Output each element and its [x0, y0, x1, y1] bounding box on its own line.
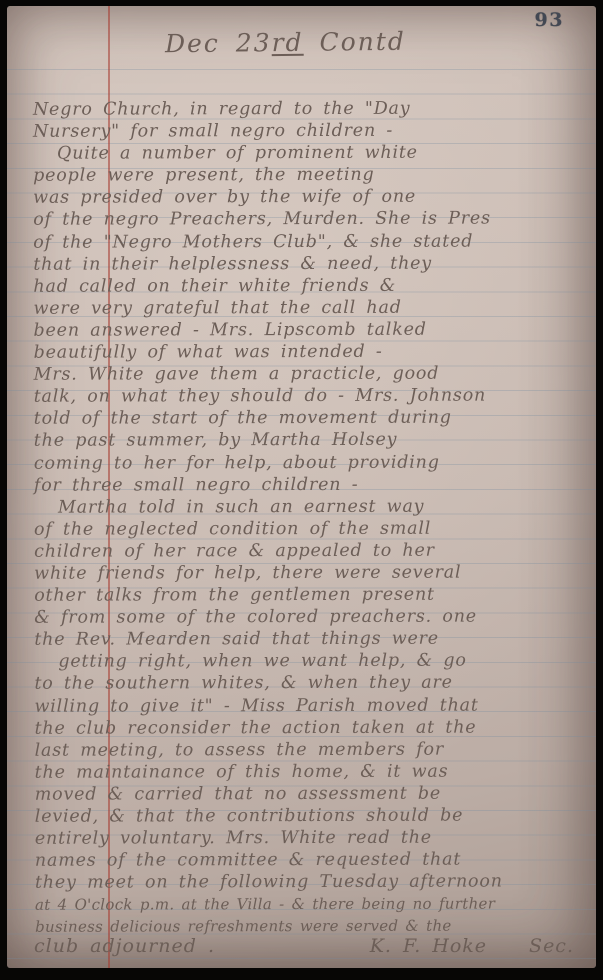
heading-contd: Contd	[303, 27, 406, 57]
handwriting-line: of the "Negro Mothers Club", & she state…	[33, 230, 591, 254]
heading-date: Dec 23	[165, 28, 272, 58]
handwriting-line: last meeting, to assess the members for	[35, 738, 593, 762]
handwriting-line: that in their helplessness & need, they	[33, 252, 591, 276]
handwriting-line: they meet on the following Tuesday after…	[35, 871, 593, 895]
handwriting-line: beautifully of what was intended -	[34, 340, 592, 364]
handwriting-line: white friends for help, there were sever…	[34, 561, 592, 585]
closing-text: club adjourned .	[34, 935, 215, 957]
handwriting-line: entirely voluntary. Mrs. White read the	[35, 826, 593, 850]
handwriting-line: the past summer, by Martha Holsey	[34, 429, 592, 453]
handwriting-line: Mrs. White gave them a practicle, good	[34, 362, 592, 386]
handwriting-line: children of her race & appealed to her	[34, 539, 592, 563]
handwriting-line: at 4 O'clock p.m. at the Villa - & there…	[35, 893, 593, 917]
page-number: 93	[535, 9, 564, 31]
handwriting-line: the Rev. Mearden said that things were	[34, 628, 592, 652]
handwriting-line: moved & carried that no assessment be	[35, 782, 593, 806]
handwriting-line: getting right, when we want help, & go	[34, 650, 592, 674]
handwriting-line: levied, & that the contributions should …	[35, 804, 593, 828]
secretary-signature: K. F. Hoke	[370, 935, 487, 957]
handwriting-line: of the neglected condition of the small	[34, 517, 592, 541]
handwriting-line: was presided over by the wife of one	[33, 186, 591, 210]
handwriting-line: people were present, the meeting	[33, 164, 591, 188]
handwriting-line: willing to give it" - Miss Parish moved …	[34, 694, 592, 718]
handwriting-line: the maintainance of this home, & it was	[35, 760, 593, 784]
handwriting-line: had called on their white friends &	[33, 274, 591, 298]
handwriting-line: other talks from the gentlemen present	[34, 583, 592, 607]
handwriting-line: coming to her for help, about providing	[34, 451, 592, 475]
handwriting-line: were very grateful that the call had	[33, 296, 591, 320]
ledger-page: 93 Dec 23rd Contd Negro Church, in regar…	[7, 6, 596, 968]
handwriting-line: of the negro Preachers, Murden. She is P…	[33, 208, 591, 232]
handwriting-line: Nursery" for small negro children -	[33, 119, 591, 143]
secretary-title: Sec.	[529, 935, 574, 957]
signature-row: club adjourned . K. F. Hoke Sec.	[34, 935, 574, 957]
handwriting-line: to the southern whites, & when they are	[34, 672, 592, 696]
handwriting-line: Quite a number of prominent white	[33, 141, 591, 165]
handwriting-line: for three small negro children -	[34, 473, 592, 497]
entry-heading: Dec 23rd Contd	[165, 27, 406, 59]
heading-ordinal: rd	[271, 28, 303, 57]
handwriting-line: Negro Church, in regard to the "Day	[33, 97, 591, 121]
handwriting-lines: Negro Church, in regard to the "DayNurse…	[33, 97, 593, 938]
handwriting-line: the club reconsider the action taken at …	[35, 716, 593, 740]
handwriting-line: talk, on what they should do - Mrs. John…	[34, 384, 592, 408]
handwriting-line: names of the committee & requested that	[35, 848, 593, 872]
handwriting-line: Martha told in such an earnest way	[34, 495, 592, 519]
photo-background: { "page": { "number": "93" }, "heading":…	[0, 0, 603, 980]
handwriting-line: & from some of the colored preachers. on…	[34, 605, 592, 629]
handwriting-line: been answered - Mrs. Lipscomb talked	[33, 318, 591, 342]
handwriting-line: told of the start of the movement during	[34, 407, 592, 431]
